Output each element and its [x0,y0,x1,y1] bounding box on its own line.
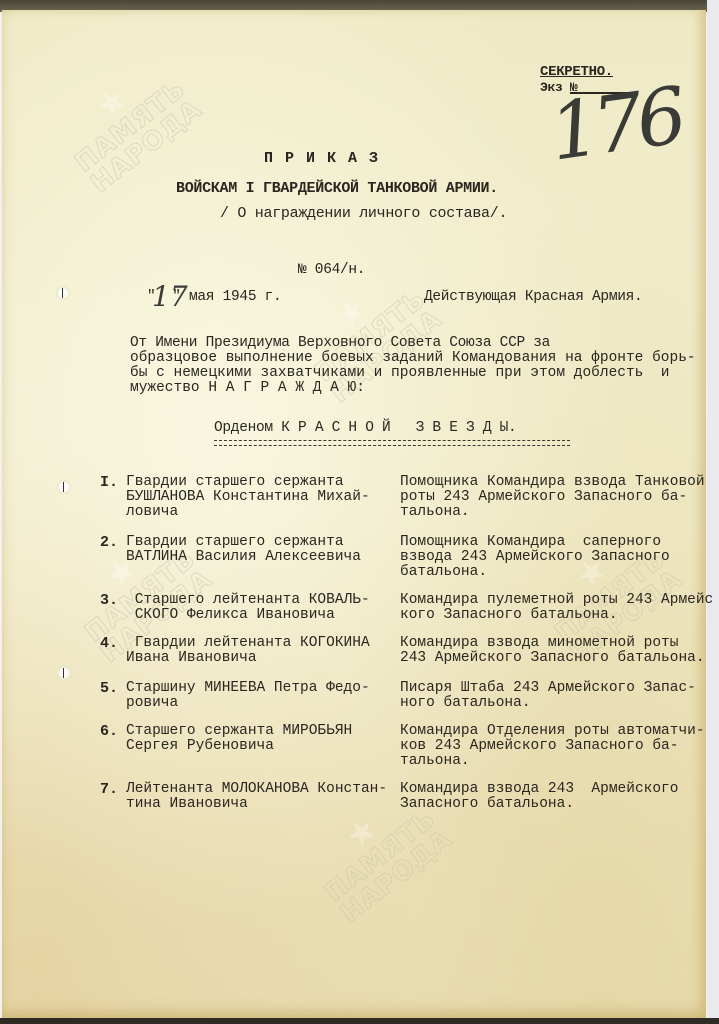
awardee-position: Помощника Командира саперного взвода 243… [400,535,670,580]
awardee-name: Старшего сержанта МИРОБЬЯН Сергея Рубено… [126,724,352,754]
awardee-position: Писаря Штаба 243 Армейского Запас- ного … [400,681,696,711]
document-subject: / О награждении личного состава/. [220,205,507,222]
punch-hole [56,286,70,300]
scan-bottom-edge [0,1018,719,1024]
handwritten-date-day: 17 [152,280,188,313]
awardee-position: Помощника Командира взвода Танковой роты… [400,475,705,520]
preamble-body: образцовое выполнение боевых заданий Ком… [130,351,696,396]
awardee-number: 3. [100,592,118,609]
watermark: ★ ПАМЯТЬ НАРОДА [50,48,207,197]
handwritten-copy-number: 176 [544,71,686,178]
award-heading: Орденом К Р А С Н О Й З В Е З Д Ы. [214,420,516,436]
awardee-number: I. [100,474,118,491]
punch-hole [57,666,71,680]
awardee-position: Командира взвода минометной роты 243 Арм… [400,636,705,666]
star-icon: ★ [50,48,175,156]
classification-stamp: СЕКРЕТНО. [540,64,613,80]
awardee-name: Старшину МИНЕЕВА Петра Федо- ровича [126,681,370,711]
order-place: Действующая Красная Армия. [424,289,642,305]
document-title: ПРИКАЗ [264,150,390,167]
preamble-first-line: От Имени Президиума Верховного Совета Со… [130,336,550,351]
awardee-position: Командира взвода 243 Армейского Запасног… [400,782,678,812]
awardee-name: Гвардии старшего сержанта БУШЛАНОВА Конс… [126,475,370,520]
awardee-position: Командира Отделения роты автоматчи- ков … [400,724,705,769]
order-number: № 064/н. [298,262,365,278]
awardee-number: 4. [100,635,118,652]
document-addressee: ВОЙСКАМ I ГВАРДЕЙСКОЙ ТАНКОВОЙ АРМИИ. [176,180,498,197]
awardee-number: 2. [100,534,118,551]
awardee-number: 5. [100,680,118,697]
awardee-number: 7. [100,781,118,798]
awardee-name: Гвардии лейтенанта КОГОКИНА Ивана Иванов… [126,636,370,666]
awardee-position: Командира пулеметной роты 243 Армейс ког… [400,593,713,623]
award-underline [214,440,570,446]
awardee-name: Гвардии старшего сержанта ВАТЛИНА Васили… [126,535,361,565]
awardee-name: Лейтенанта МОЛОКАНОВА Констан- тина Иван… [126,782,387,812]
scan-right-edge [707,0,719,1024]
punch-hole [57,480,71,494]
awardee-name: Старшего лейтенанта КОВАЛЬ- СКОГО Феликс… [126,593,370,623]
awardee-number: 6. [100,723,118,740]
